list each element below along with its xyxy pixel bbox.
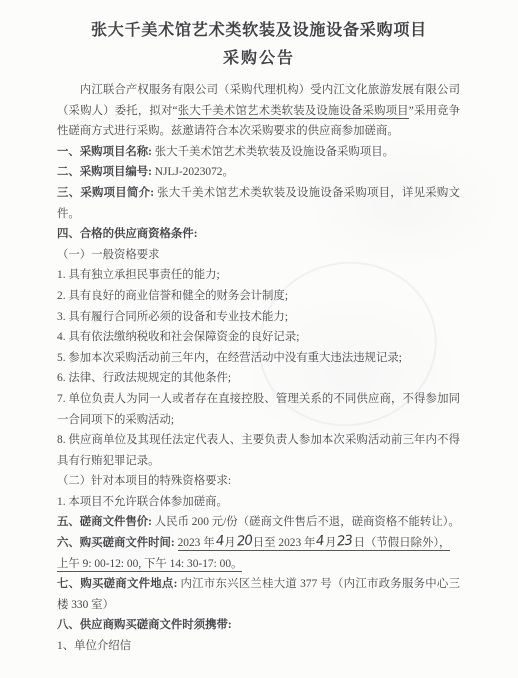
qualification-item-2: 2. 具有良好的商业信誉和健全的财务会计制度; — [57, 286, 460, 307]
qualification-item-4: 4. 具有依法缴纳税收和社会保障资金的良好记录; — [57, 327, 460, 348]
qualification-item-3: 3. 具有履行合同所必须的设备和专业技术能力; — [57, 307, 460, 328]
qualification-item-7: 7. 单位负责人为同一人或者存在直接控股、管理关系的不同供应商，不得参加同一合同… — [57, 389, 460, 430]
intro-project-name-underlined: 张大千美术馆艺术类软装及设施设备采购项目 — [178, 105, 409, 119]
section-purchase-location-label: 七、购买磋商文件地点: — [57, 578, 180, 590]
section-document-price-value: 人民币 200 元/份（磋商文件售后不退，磋商资格不能转让）。 — [155, 516, 460, 528]
section-project-number-value: NJLJ-2023072。 — [155, 166, 234, 178]
section-document-price: 五、磋商文件售价: 人民币 200 元/份（磋商文件售后不退，磋商资格不能转让）… — [57, 512, 460, 533]
section-purchase-location: 七、购买磋商文件地点: 内江市东兴区兰桂大道 377 号（内江市政务服务中心三楼… — [57, 574, 460, 615]
date-text-mid2: 日至 2023 年 — [253, 537, 316, 549]
section-project-number-label: 二、采购项目编号: — [57, 166, 155, 178]
section-required-documents-label: 八、供应商购买磋商文件时须携带: — [57, 619, 232, 631]
section-document-price-label: 五、磋商文件售价: — [57, 516, 155, 528]
scanned-document-page: 张大千美术馆艺术类软装及设施设备采购项目 采购公告 内江联合产权服务有限公司（采… — [0, 0, 518, 678]
handwritten-day-1: 20 — [236, 534, 252, 549]
date-text-mid1: 月 — [224, 537, 235, 549]
date-text-pre: 2023 年 — [178, 537, 215, 549]
section-project-brief: 三、采购项目简介: 张大千美术馆艺术类软装及设施设备采购项目，详见采购文件。 — [57, 183, 460, 224]
qualification-item-6: 6. 法律、行政法规规定的其他条件; — [57, 368, 460, 389]
handwritten-month-2: 4 — [316, 535, 325, 549]
qualification-item-8: 8. 供应商单位及其现任法定代表人、主要负责人参加本次采购活动前三年内不得具有行… — [57, 430, 460, 471]
qualification-item-5: 5. 参加本次采购活动前三年内，在经营活动中没有重大违法违规记录; — [57, 348, 460, 369]
qualification-item-1: 1. 具有独立承担民事责任的能力; — [57, 265, 460, 286]
section-project-name: 一、采购项目名称: 张大千美术馆艺术类软装及设施设备采购项目。 — [57, 142, 460, 163]
section-purchase-time-label: 六、购买磋商文件时间: — [57, 537, 178, 549]
purchase-time-date-underlined: 2023 年4月20日至 2023 年4月23日（节假日除外）， — [178, 537, 451, 551]
handwritten-month-1: 4 — [215, 535, 224, 549]
special-qualification-heading: （二）针对本项目的特殊资格要求: — [57, 471, 460, 492]
section-project-name-label: 一、采购项目名称: — [57, 146, 155, 158]
required-document-item-1: 1、单位介绍信 — [57, 636, 460, 657]
date-text-end: 日（节假日除外）， — [354, 537, 451, 549]
document-title: 张大千美术馆艺术类软装及设施设备采购项目 — [0, 18, 518, 44]
section-purchase-time: 六、购买磋商文件时间: 2023 年4月20日至 2023 年4月23日（节假日… — [57, 533, 460, 574]
intro-paragraph: 内江联合产权服务有限公司（采购代理机构）受内江文化旅游发展有限公司（采购人）委托… — [57, 80, 460, 142]
handwritten-day-2: 23 — [337, 534, 353, 549]
date-text-mid3: 月 — [325, 537, 336, 549]
section-project-number: 二、采购项目编号: NJLJ-2023072。 — [57, 162, 460, 183]
section-project-name-value: 张大千美术馆艺术类软装及设施设备采购项目。 — [155, 146, 394, 158]
section-supplier-qualification-heading: 四、合格的供应商资格条件: — [57, 224, 460, 245]
section-required-documents-heading: 八、供应商购买磋商文件时须携带: — [57, 615, 460, 636]
section-supplier-qualification-label: 四、合格的供应商资格条件: — [57, 228, 197, 240]
section-project-brief-label: 三、采购项目简介: — [57, 187, 157, 199]
special-qualification-item-1: 1. 本项目不允许联合体参加磋商。 — [57, 492, 460, 513]
general-qualification-heading: （一）一般资格要求 — [57, 245, 460, 266]
document-body: 内江联合产权服务有限公司（采购代理机构）受内江文化旅游发展有限公司（采购人）委托… — [57, 80, 460, 657]
purchase-time-hours-underlined: 上午 9: 00-12: 00, 下午 14: 30-17: 00。 — [57, 558, 242, 572]
title-block: 张大千美术馆艺术类软装及设施设备采购项目 采购公告 — [0, 0, 518, 73]
document-subtitle: 采购公告 — [0, 45, 518, 73]
